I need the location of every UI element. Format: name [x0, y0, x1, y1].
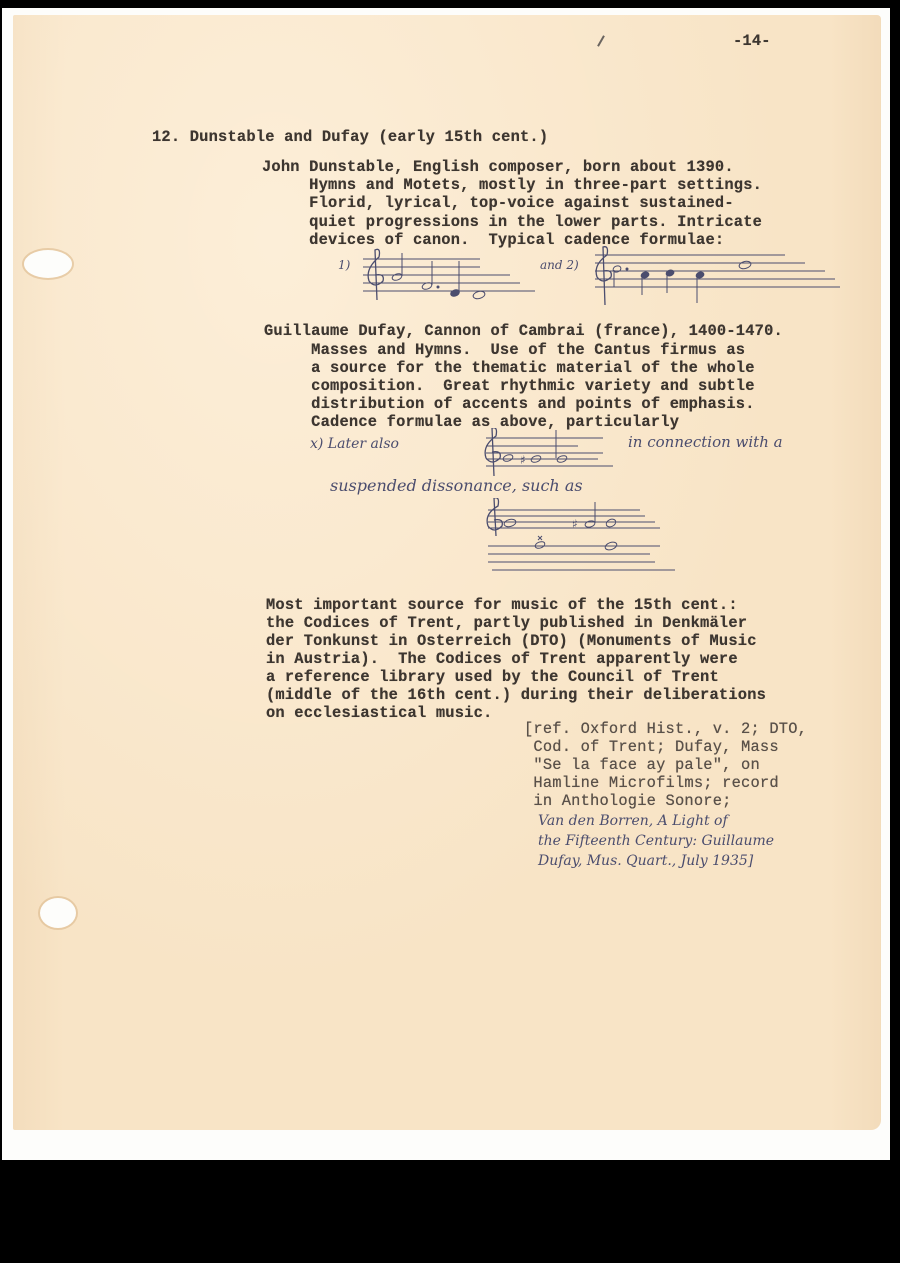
reference-line: in Anthologie Sonore; — [524, 792, 732, 810]
text-line: distribution of accents and points of em… — [264, 395, 755, 413]
text-line: in Austria). The Codices of Trent appare… — [266, 650, 738, 668]
section-heading: 12. Dunstable and Dufay (early 15th cent… — [152, 128, 548, 146]
text-line: a source for the thematic material of th… — [264, 359, 755, 377]
reference-line: Hamline Microfilms; record — [524, 774, 779, 792]
text-line: John Dunstable, English composer, born a… — [262, 158, 734, 176]
punch-hole-bottom — [40, 898, 76, 928]
handwritten-reference-line: the Fifteenth Century: Guillaume — [538, 832, 774, 850]
text-line: Florid, lyrical, top-voice against susta… — [262, 194, 734, 212]
handwritten-reference-line: Van den Borren, A Light of — [538, 812, 728, 830]
page-number: -14- — [733, 32, 771, 50]
text-line: (middle of the 16th cent.) during their … — [266, 686, 766, 704]
handwritten-reference-line: Dufay, Mus. Quart., July 1935] — [538, 852, 753, 870]
example-label-2: and 2) — [540, 256, 579, 274]
svg-text:♯: ♯ — [572, 517, 578, 531]
music-example-later: ♯ — [478, 428, 618, 478]
reference-line: Cod. of Trent; Dufay, Mass — [524, 738, 779, 756]
text-line: der Tonkunst in Osterreich (DTO) (Monume… — [266, 632, 757, 650]
text-line: Most important source for music of the 1… — [266, 596, 738, 614]
text-line: quiet progressions in the lower parts. I… — [262, 213, 762, 231]
example-label-1: 1) — [338, 256, 350, 274]
text-line: Masses and Hymns. Use of the Cantus firm… — [264, 341, 745, 359]
handwritten-suspended-dissonance: suspended dissonance, such as — [330, 477, 583, 495]
text-line: the Codices of Trent, partly published i… — [266, 614, 747, 632]
svg-text:♯: ♯ — [520, 453, 526, 467]
music-example-cadence-1 — [355, 245, 545, 305]
text-line: Hymns and Motets, mostly in three-part s… — [262, 176, 762, 194]
punch-hole-top — [24, 250, 72, 278]
text-line: on ecclesiastical music. — [266, 704, 492, 722]
text-line: a reference library used by the Council … — [266, 668, 719, 686]
music-example-suspension: ♯ — [480, 498, 680, 578]
handwritten-in-connection: in connection with a — [628, 433, 783, 451]
reference-line: [ref. Oxford Hist., v. 2; DTO, — [524, 720, 807, 738]
handwritten-later-also: x) Later also — [310, 435, 399, 453]
text-line: Guillaume Dufay, Cannon of Cambrai (fran… — [264, 322, 783, 340]
text-line: composition. Great rhythmic variety and … — [264, 377, 755, 395]
music-example-cadence-2 — [585, 245, 845, 305]
reference-line: "Se la face ay pale", on — [524, 756, 760, 774]
